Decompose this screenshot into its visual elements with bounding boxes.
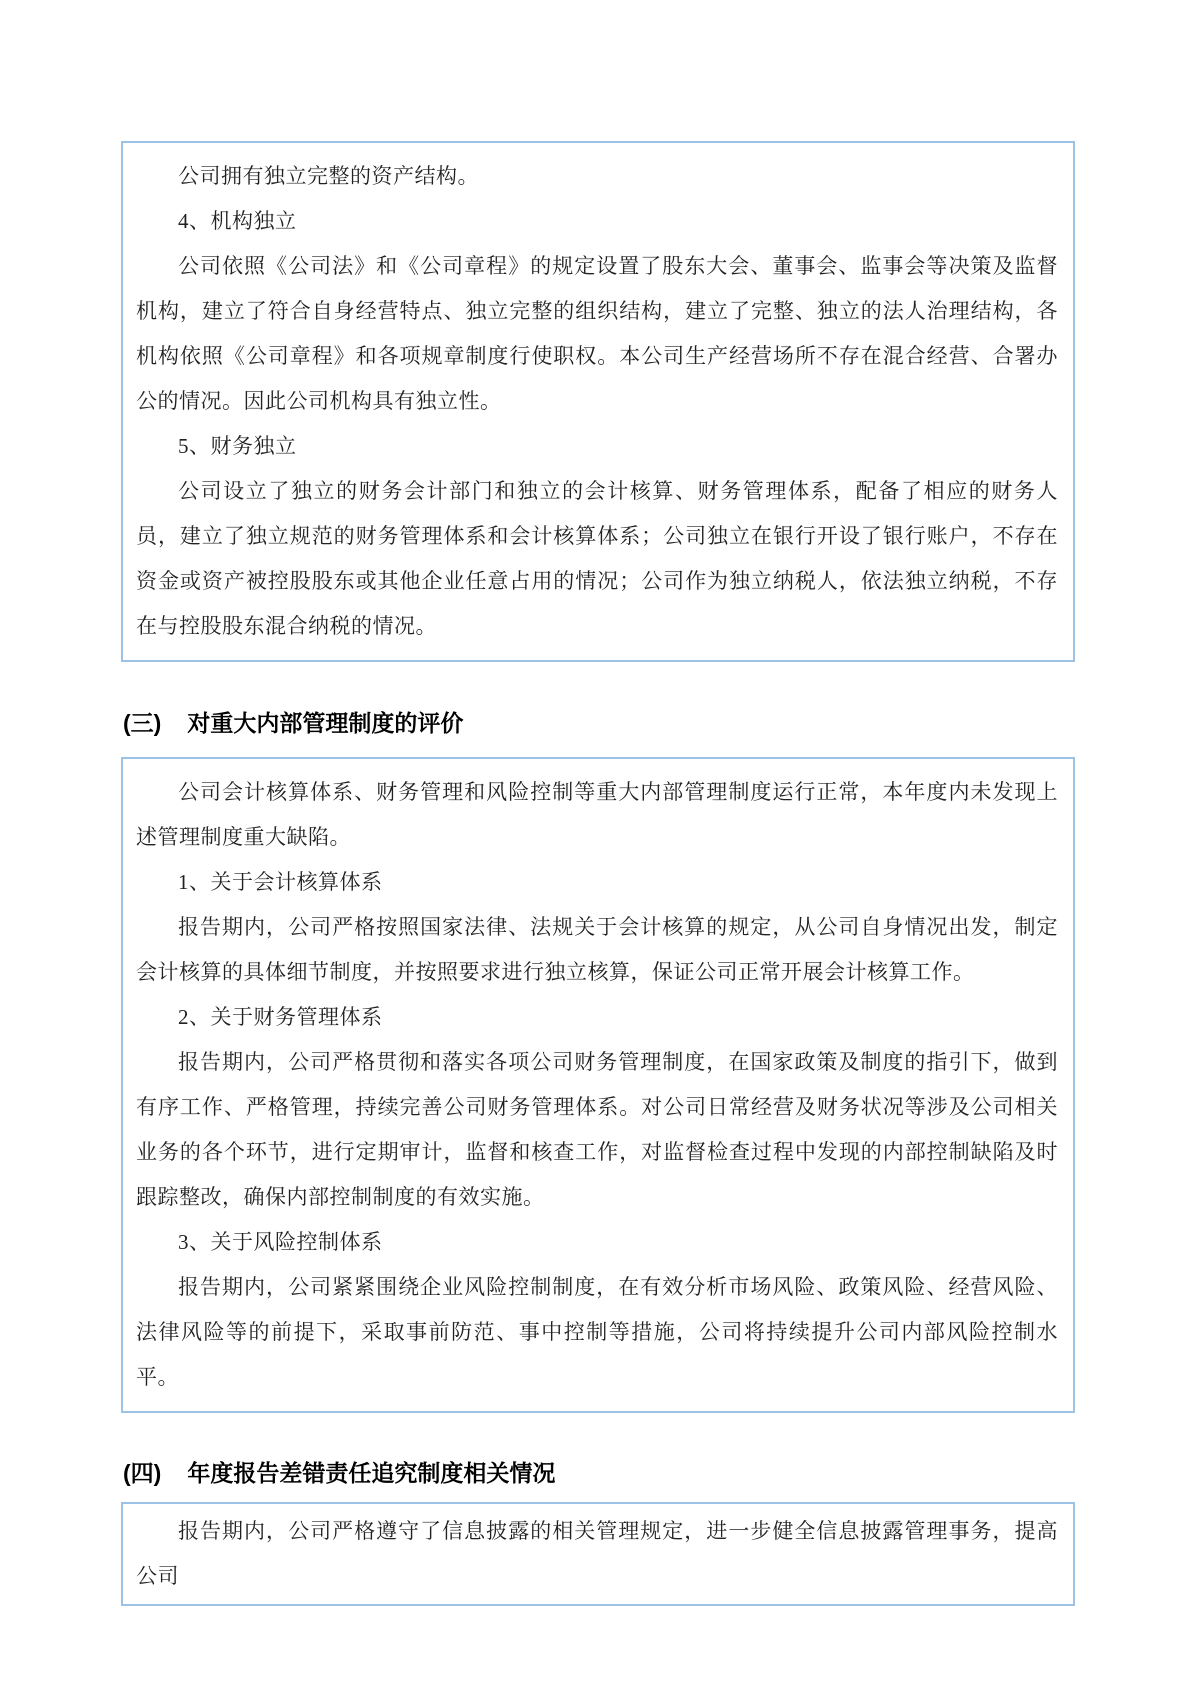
section-number: (三) bbox=[123, 710, 161, 736]
subheading-institution-independence: 4、机构独立 bbox=[136, 199, 1058, 244]
paragraph-risk-control-system: 报告期内，公司紧紧围绕企业风险控制制度，在有效分析市场风险、政策风险、经营风险、… bbox=[136, 1265, 1058, 1400]
section-title: 年度报告差错责任追究制度相关情况 bbox=[187, 1460, 555, 1486]
document-content: 公司拥有独立完整的资产结构。 4、机构独立 公司依照《公司法》和《公司章程》的规… bbox=[121, 0, 1075, 1606]
paragraph-accounting-system: 报告期内，公司严格按照国家法律、法规关于会计核算的规定，从公司自身情况出发，制定… bbox=[136, 905, 1058, 995]
section-title: 对重大内部管理制度的评价 bbox=[187, 710, 463, 736]
paragraph-management-overview: 公司会计核算体系、财务管理和风险控制等重大内部管理制度运行正常，本年度内未发现上… bbox=[136, 770, 1058, 860]
independence-text-box: 公司拥有独立完整的资产结构。 4、机构独立 公司依照《公司法》和《公司章程》的规… bbox=[121, 141, 1075, 662]
document-page: 公司拥有独立完整的资产结构。 4、机构独立 公司依照《公司法》和《公司章程》的规… bbox=[0, 0, 1200, 1697]
paragraph-information-disclosure: 报告期内，公司严格遵守了信息披露的相关管理规定，进一步健全信息披露管理事务，提高… bbox=[136, 1509, 1058, 1599]
paragraph-financial-management-system: 报告期内，公司严格贯彻和落实各项公司财务管理制度，在国家政策及制度的指引下，做到… bbox=[136, 1040, 1058, 1220]
section-heading-three: (三) 对重大内部管理制度的评价 bbox=[123, 710, 1075, 736]
paragraph-asset-structure: 公司拥有独立完整的资产结构。 bbox=[136, 154, 1058, 199]
section-heading-four: (四) 年度报告差错责任追究制度相关情况 bbox=[123, 1460, 1075, 1486]
error-accountability-text-box: 报告期内，公司严格遵守了信息披露的相关管理规定，进一步健全信息披露管理事务，提高… bbox=[121, 1502, 1075, 1606]
internal-management-text-box: 公司会计核算体系、财务管理和风险控制等重大内部管理制度运行正常，本年度内未发现上… bbox=[121, 757, 1075, 1413]
subheading-accounting-system: 1、关于会计核算体系 bbox=[136, 860, 1058, 905]
subheading-financial-management-system: 2、关于财务管理体系 bbox=[136, 995, 1058, 1040]
section-number: (四) bbox=[123, 1460, 161, 1486]
paragraph-financial-independence: 公司设立了独立的财务会计部门和独立的会计核算、财务管理体系，配备了相应的财务人员… bbox=[136, 469, 1058, 649]
subheading-risk-control-system: 3、关于风险控制体系 bbox=[136, 1220, 1058, 1265]
subheading-financial-independence: 5、财务独立 bbox=[136, 424, 1058, 469]
paragraph-institution-independence: 公司依照《公司法》和《公司章程》的规定设置了股东大会、董事会、监事会等决策及监督… bbox=[136, 244, 1058, 424]
